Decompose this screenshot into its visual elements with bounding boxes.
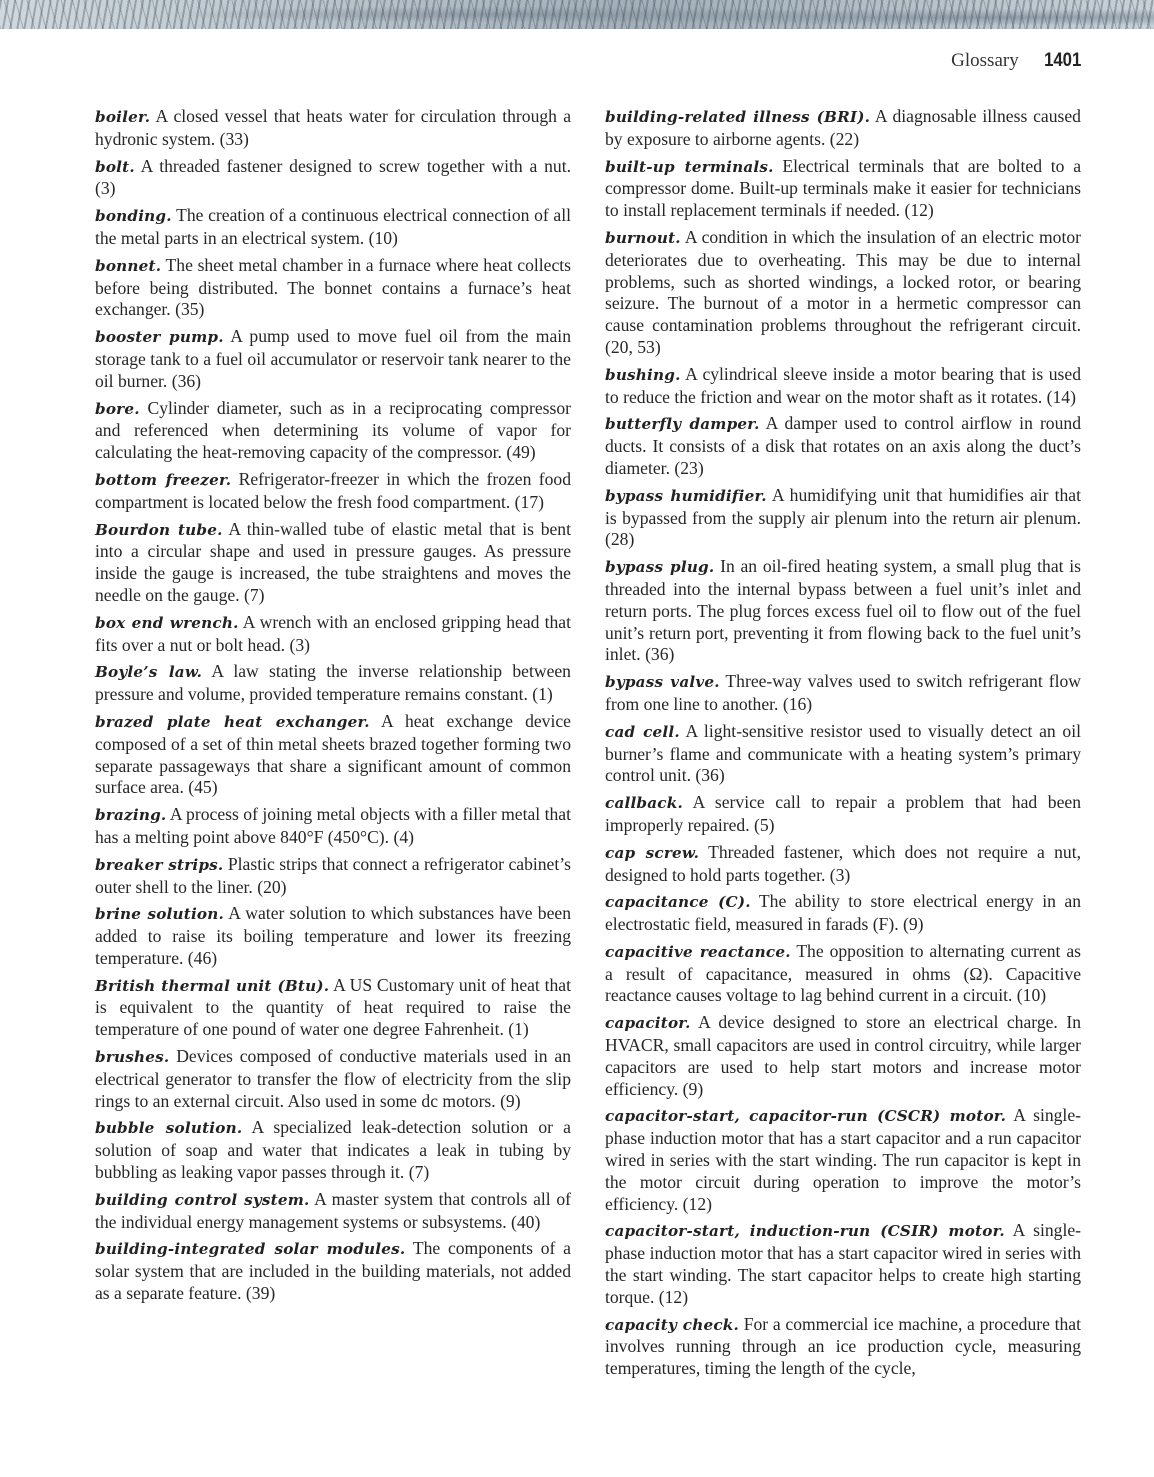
glossary-term: bypass humidifier. — [605, 487, 767, 505]
glossary-entry: bonnet. The sheet metal chamber in a fur… — [95, 255, 571, 321]
glossary-entry: brushes. Devices composed of conductive … — [95, 1046, 571, 1112]
glossary-entry: British thermal unit (Btu). A US Customa… — [95, 975, 571, 1041]
glossary-term: cad cell. — [605, 723, 680, 741]
glossary-entry: built-up terminals. Electrical terminals… — [605, 156, 1081, 222]
glossary-entry: building-related illness (BRI). A diagno… — [605, 106, 1081, 151]
glossary-term: Boyle’s law. — [95, 663, 202, 681]
glossary-entry: bypass valve. Three-way valves used to s… — [605, 671, 1081, 716]
section-title: Glossary — [951, 50, 1019, 72]
glossary-term: bubble solution. — [95, 1119, 242, 1137]
glossary-term: bottom freezer. — [95, 471, 231, 489]
glossary-entry: breaker strips. Plastic strips that conn… — [95, 854, 571, 899]
glossary-term: built-up terminals. — [605, 158, 774, 176]
glossary-definition: A closed vessel that heats water for cir… — [95, 106, 571, 149]
glossary-definition: A process of joining metal objects with … — [95, 804, 571, 847]
glossary-entry: capacitor. A device designed to store an… — [605, 1012, 1081, 1100]
glossary-term: bushing. — [605, 366, 681, 384]
glossary-column-left: boiler. A closed vessel that heats water… — [95, 106, 571, 1310]
page-number: 1401 — [1044, 50, 1081, 72]
glossary-term: building control system. — [95, 1191, 309, 1209]
glossary-entry: bypass humidifier. A humidifying unit th… — [605, 485, 1081, 551]
glossary-definition: A threaded fastener designed to screw to… — [95, 156, 571, 199]
glossary-entry: cap screw. Threaded fastener, which does… — [605, 842, 1081, 887]
glossary-term: bonding. — [95, 207, 172, 225]
glossary-entry: bypass plug. In an oil-fired heating sys… — [605, 556, 1081, 666]
glossary-term: capacitance (C). — [605, 893, 751, 911]
glossary-entry: Bourdon tube. A thin-walled tube of elas… — [95, 519, 571, 607]
glossary-term: brine solution. — [95, 905, 224, 923]
glossary-entry: brine solution. A water solution to whic… — [95, 903, 571, 969]
glossary-entry: bottom freezer. Refrigerator-freezer in … — [95, 469, 571, 514]
decorative-banner — [0, 0, 1154, 29]
glossary-entry: brazing. A process of joining metal obje… — [95, 804, 571, 849]
glossary-term: cap screw. — [605, 844, 699, 862]
glossary-entry: building-integrated solar modules. The c… — [95, 1238, 571, 1304]
glossary-entry: capacity check. For a commercial ice mac… — [605, 1314, 1081, 1380]
glossary-term: Bourdon tube. — [95, 521, 223, 539]
glossary-term: brazing. — [95, 806, 166, 824]
glossary-term: bonnet. — [95, 257, 161, 275]
glossary-entry: bonding. The creation of a continuous el… — [95, 205, 571, 250]
glossary-term: capacity check. — [605, 1316, 739, 1334]
glossary-term: capacitor-start, capacitor-run (CSCR) mo… — [605, 1107, 1006, 1125]
glossary-term: bypass plug. — [605, 558, 714, 576]
glossary-term: boiler. — [95, 108, 150, 126]
glossary-term: booster pump. — [95, 328, 224, 346]
glossary-term: bore. — [95, 400, 140, 418]
glossary-term: brazed plate heat exchanger. — [95, 713, 370, 731]
glossary-entry: bore. Cylinder diameter, such as in a re… — [95, 398, 571, 464]
glossary-term: British thermal unit (Btu). — [95, 977, 329, 995]
glossary-column-right: building-related illness (BRI). A diagno… — [605, 106, 1081, 1385]
glossary-entry: capacitor-start, capacitor-run (CSCR) mo… — [605, 1105, 1081, 1215]
glossary-term: callback. — [605, 794, 683, 812]
glossary-entry: Boyle’s law. A law stating the inverse r… — [95, 661, 571, 706]
glossary-term: bolt. — [95, 158, 135, 176]
glossary-term: box end wrench. — [95, 614, 239, 632]
glossary-entry: butterfly damper. A damper used to contr… — [605, 413, 1081, 479]
glossary-entry: bushing. A cylindrical sleeve inside a m… — [605, 364, 1081, 409]
glossary-term: bypass valve. — [605, 673, 720, 691]
glossary-term: building-integrated solar modules. — [95, 1240, 405, 1258]
glossary-entry: callback. A service call to repair a pro… — [605, 792, 1081, 837]
glossary-term: breaker strips. — [95, 856, 223, 874]
glossary-entry: bubble solution. A specialized leak-dete… — [95, 1117, 571, 1183]
glossary-definition: Cylinder diameter, such as in a reciproc… — [95, 398, 571, 463]
glossary-entry: booster pump. A pump used to move fuel o… — [95, 326, 571, 392]
glossary-term: brushes. — [95, 1048, 169, 1066]
glossary-entry: bolt. A threaded fastener designed to sc… — [95, 156, 571, 201]
glossary-term: capacitive reactance. — [605, 943, 791, 961]
glossary-term: burnout. — [605, 229, 681, 247]
glossary-entry: capacitance (C). The ability to store el… — [605, 891, 1081, 936]
glossary-entry: brazed plate heat exchanger. A heat exch… — [95, 711, 571, 799]
glossary-entry: capacitive reactance. The opposition to … — [605, 941, 1081, 1007]
running-header: Glossary 1401 — [951, 50, 1081, 72]
glossary-entry: cad cell. A light-sensitive resistor use… — [605, 721, 1081, 787]
glossary-term: capacitor-start, induction-run (CSIR) mo… — [605, 1222, 1005, 1240]
glossary-definition: The sheet metal chamber in a furnace whe… — [95, 255, 571, 320]
glossary-term: butterfly damper. — [605, 415, 760, 433]
glossary-entry: boiler. A closed vessel that heats water… — [95, 106, 571, 151]
glossary-entry: box end wrench. A wrench with an enclose… — [95, 612, 571, 657]
glossary-term: capacitor. — [605, 1014, 691, 1032]
glossary-term: building-related illness (BRI). — [605, 108, 870, 126]
glossary-entry: building control system. A master system… — [95, 1189, 571, 1234]
glossary-entry: capacitor-start, induction-run (CSIR) mo… — [605, 1220, 1081, 1308]
glossary-entry: burnout. A condition in which the insula… — [605, 227, 1081, 359]
